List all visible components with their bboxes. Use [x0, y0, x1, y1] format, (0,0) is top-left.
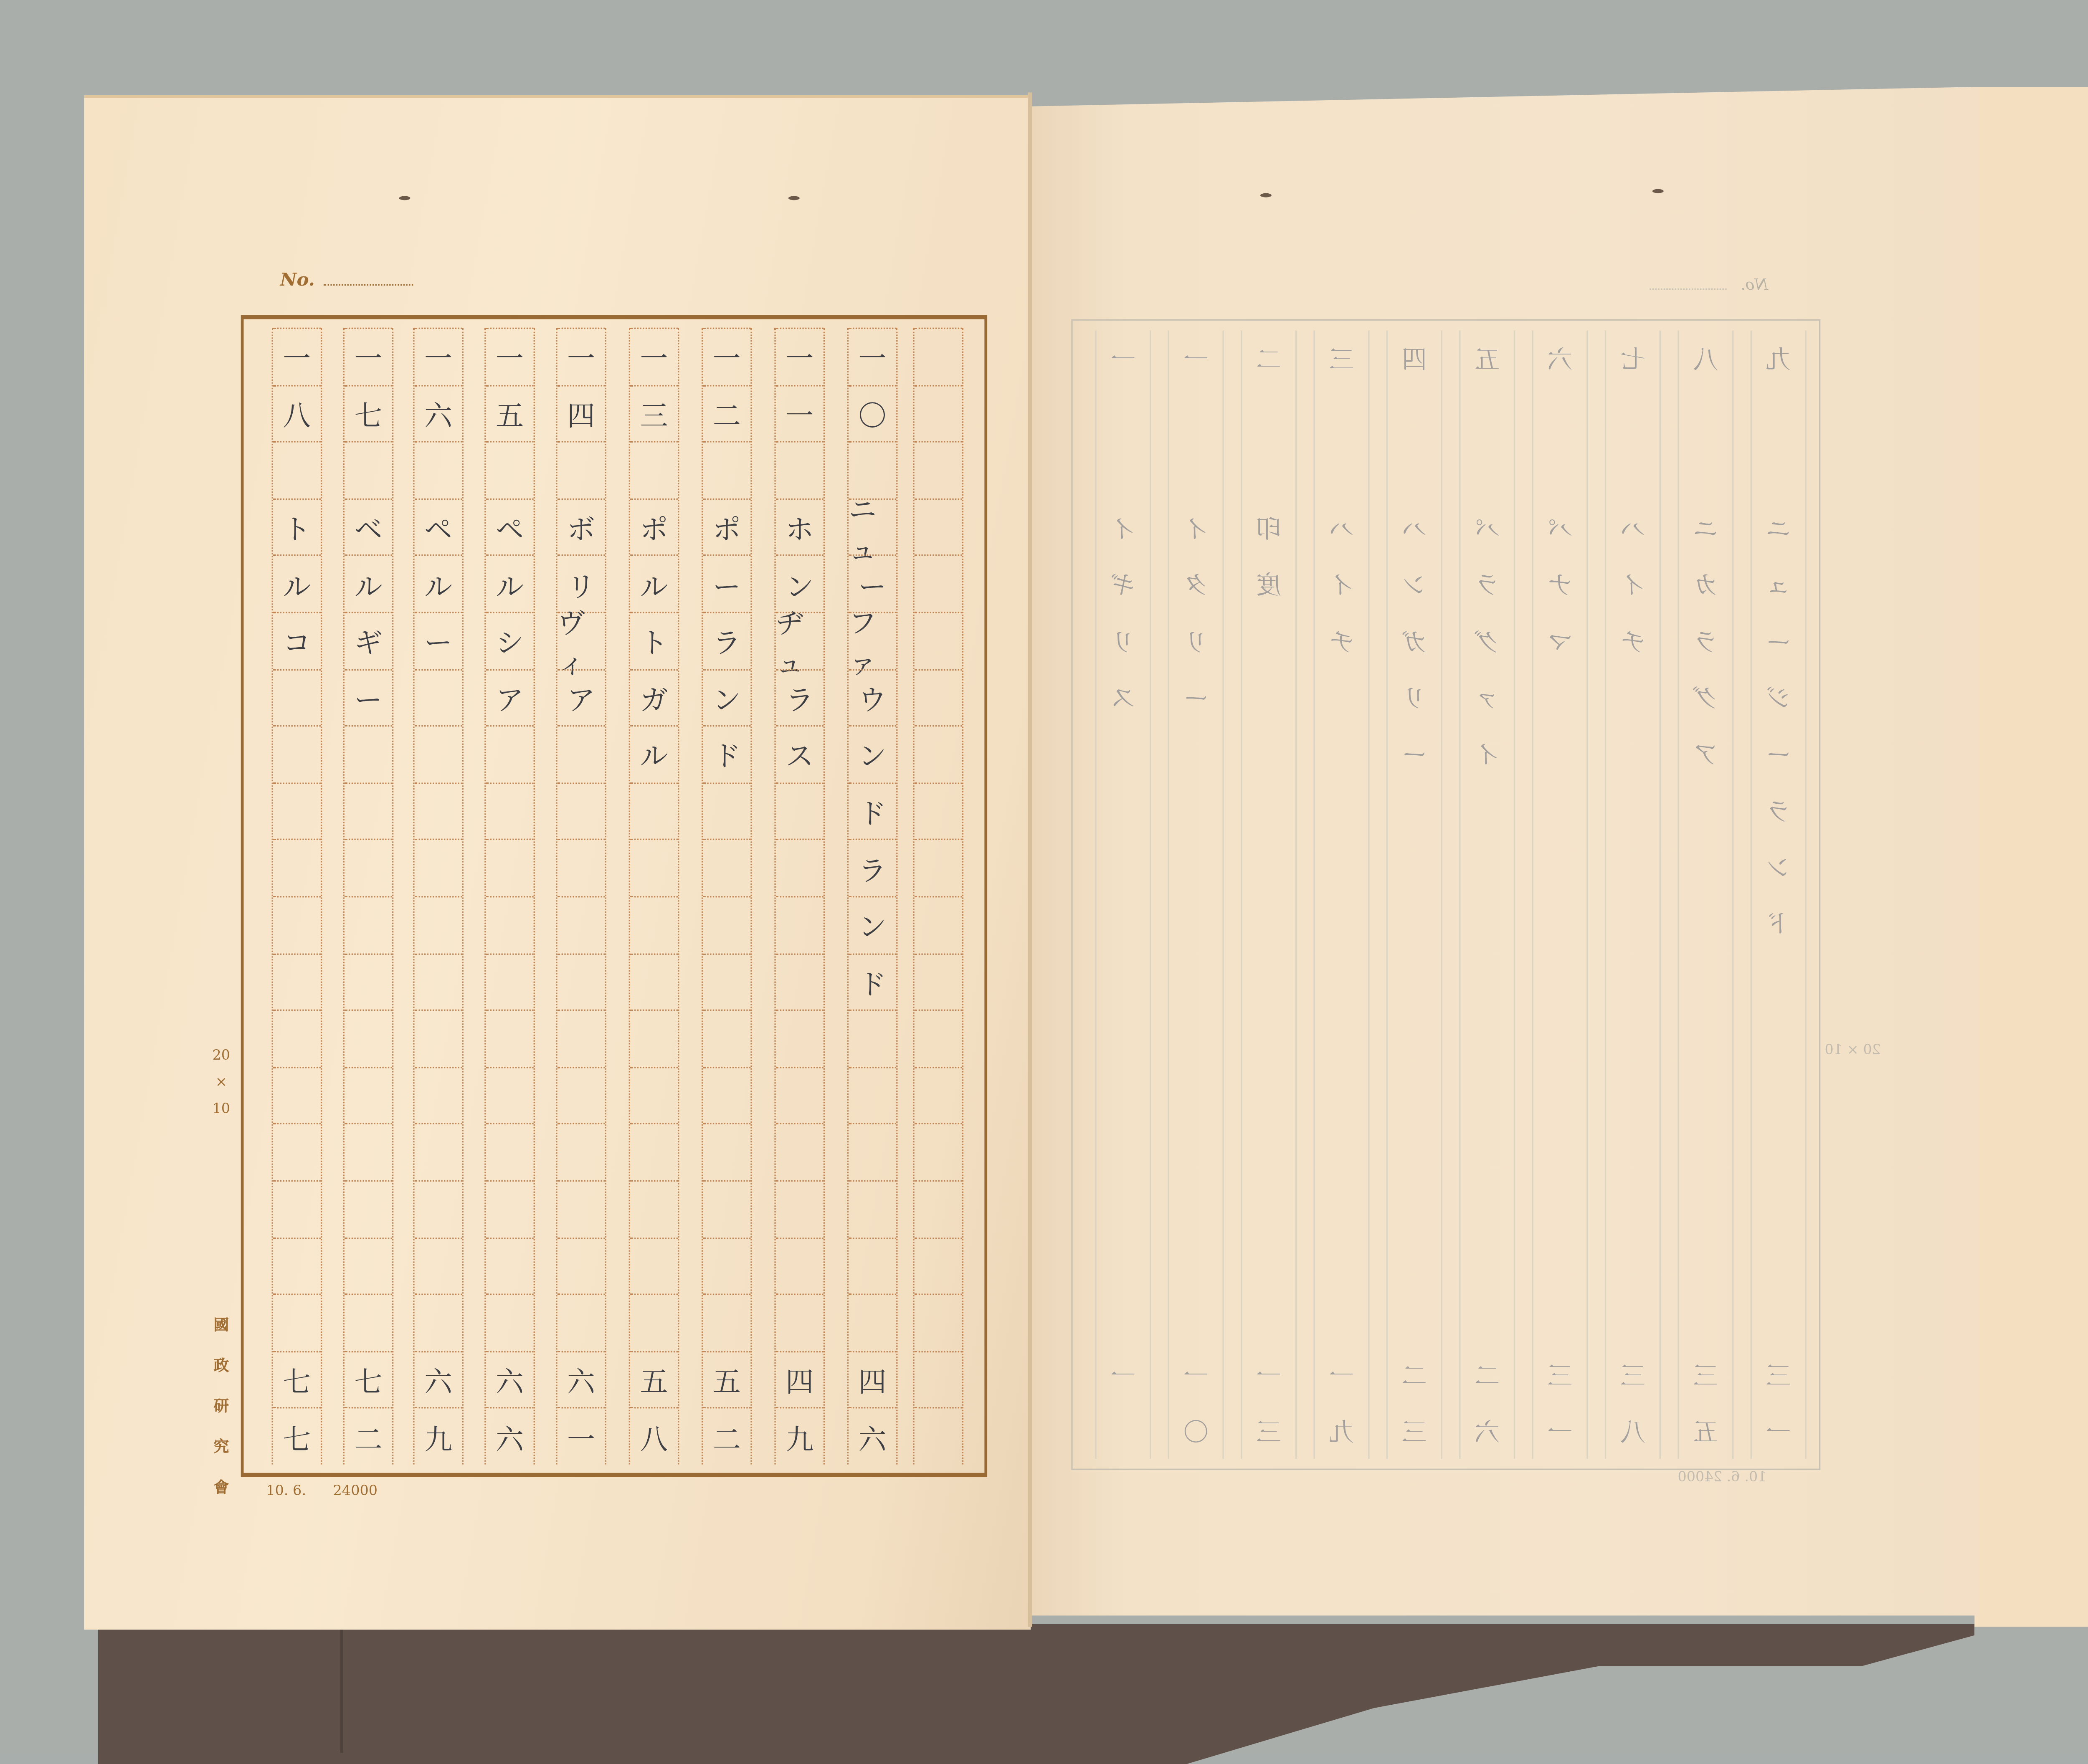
mirrored-cell: 一: [1097, 330, 1150, 387]
mirrored-cell: 一: [1242, 1346, 1295, 1402]
mirrored-cell: ー: [1752, 725, 1805, 782]
mirrored-cell: チ: [1315, 612, 1368, 669]
mirrored-cell: [1606, 1064, 1659, 1120]
mirrored-cell: [1242, 725, 1295, 782]
mirrored-cell: [1679, 1290, 1732, 1346]
grid-cell: [776, 441, 824, 498]
mirrored-cell: [1097, 387, 1150, 443]
grid-cell: [630, 839, 678, 896]
grid-cell: [415, 1067, 462, 1124]
grid-cell: [915, 896, 962, 953]
grid-cell: ト: [273, 498, 321, 555]
grid-cell: [630, 896, 678, 953]
grid-cell: [273, 1124, 321, 1180]
mirrored-cell: [1606, 782, 1659, 838]
mirrored-cell: [1606, 1177, 1659, 1233]
grid-cell: 一: [849, 328, 896, 385]
mirrored-cell: 三: [1533, 1346, 1586, 1402]
mirrored-number-label: No.: [1650, 276, 1767, 294]
mirrored-cell: [1679, 1007, 1732, 1064]
scan-stage: No. 20 × 10 國 政 研 究 會 10. 6. 24000 No. 2…: [0, 0, 2088, 1753]
mirrored-cell: [1606, 725, 1659, 782]
mirrored-cell: [1315, 1177, 1368, 1233]
mirrored-cell: [1169, 1290, 1222, 1346]
mirrored-cell: 印: [1242, 500, 1295, 556]
mirrored-cell: [1242, 1120, 1295, 1177]
grid-cell: ア: [486, 669, 534, 726]
mirrored-cell: [1242, 895, 1295, 951]
mirrored-cell: [1533, 782, 1586, 838]
grid-cell: 七: [345, 385, 392, 441]
mirrored-cell: [1097, 1120, 1150, 1177]
mirrored-cell: [1533, 838, 1586, 895]
mirrored-cell: [1752, 387, 1805, 443]
mirrored-cell: [1097, 1290, 1150, 1346]
mirrored-cell: [1097, 443, 1150, 500]
grid-cell: ベ: [345, 498, 392, 555]
mirrored-cell: ラ: [1679, 612, 1732, 669]
mirrored-cell: [1315, 443, 1368, 500]
grid-cell: 二: [703, 1407, 750, 1464]
mirrored-cell: [1388, 1120, 1441, 1177]
mirrored-cell: [1606, 895, 1659, 951]
grid-cell: [630, 1010, 678, 1066]
grid-cell: [557, 1180, 605, 1237]
mirrored-cell: [1460, 1007, 1513, 1064]
grid-cell: [776, 953, 824, 1010]
grid-cell: [630, 1067, 678, 1124]
back-page-edge: [1974, 87, 2088, 1627]
mirrored-cell: [1533, 1007, 1586, 1064]
grid-cell: [915, 1124, 962, 1180]
grid-cell: [703, 1124, 750, 1180]
mirrored-cell: [1752, 1290, 1805, 1346]
mirrored-cell: 四: [1388, 330, 1441, 387]
grid-cell: ル: [273, 555, 321, 612]
publisher-char: 政: [211, 1346, 231, 1386]
grid-cell: [703, 782, 750, 839]
mirrored-column: 三ハイチ一九: [1313, 330, 1369, 1459]
grid-cell: [415, 1010, 462, 1066]
mirrored-column: 六パナマ三一: [1532, 330, 1588, 1459]
grid-cell: ヂュ: [776, 612, 824, 668]
mirrored-cell: パ: [1460, 500, 1513, 556]
mirrored-cell: カ: [1679, 556, 1732, 612]
mirrored-cell: [1606, 1233, 1659, 1290]
mirrored-cell: [1679, 443, 1732, 500]
grid-cell: [486, 1124, 534, 1180]
mirrored-cell: リ: [1388, 669, 1441, 725]
grid-cell: [703, 1010, 750, 1066]
mirrored-cell: [1242, 951, 1295, 1007]
grid-cell: [915, 612, 962, 668]
mirrored-cell: ー: [1752, 612, 1805, 669]
mirrored-cell: 三: [1679, 1346, 1732, 1402]
mirrored-cell: ス: [1097, 669, 1150, 725]
grid-cell: [273, 1010, 321, 1066]
grid-cell: [345, 839, 392, 896]
grid-cell: [415, 1237, 462, 1294]
mirrored-cell: [1388, 1290, 1441, 1346]
mirrored-cell: [1388, 1233, 1441, 1290]
grid-cell: [557, 1294, 605, 1351]
mirrored-cell: [1315, 1120, 1368, 1177]
grid-cell: [557, 1010, 605, 1066]
mirrored-column: 九ニュージーランド三一: [1751, 330, 1807, 1459]
mirrored-cell: [1169, 725, 1222, 782]
grid-cell: ヴィ: [557, 612, 605, 668]
mirrored-cell: [1460, 838, 1513, 895]
grid-cell: 〇: [849, 385, 896, 441]
mirrored-cell: [1460, 1064, 1513, 1120]
mirrored-cell: [1315, 951, 1368, 1007]
grid-cell: [415, 726, 462, 782]
grid-cell: [630, 1237, 678, 1294]
mirrored-cell: [1315, 895, 1368, 951]
mirrored-cell: [1606, 951, 1659, 1007]
mirrored-cell: 度: [1242, 556, 1295, 612]
grid-cell: [703, 896, 750, 953]
grid-cell: [557, 782, 605, 839]
print-footer: 10. 6. 24000: [266, 1484, 378, 1499]
grid-cell: [345, 1237, 392, 1294]
grid-cell: ス: [776, 726, 824, 782]
grid-cell: ラ: [849, 839, 896, 896]
mirrored-cell: ニ: [1679, 500, 1732, 556]
publisher-char: 國: [211, 1305, 231, 1345]
shadow-seam: [340, 1624, 343, 1753]
mirrored-cell: 三: [1242, 1402, 1295, 1459]
grid-times: ×: [207, 1070, 235, 1096]
grid-cell: 九: [776, 1407, 824, 1464]
grid-cell: [415, 1294, 462, 1351]
grid-cell: 一: [557, 328, 605, 385]
grid-cell: [849, 1294, 896, 1351]
mirrored-cell: [1679, 782, 1732, 838]
grid-cell: ファ: [849, 612, 896, 668]
mirrored-cell: [1460, 1177, 1513, 1233]
mirrored-cell: [1169, 1177, 1222, 1233]
mirrored-cell: [1315, 782, 1368, 838]
mirrored-cell: [1169, 1007, 1222, 1064]
grid-cell: [630, 1294, 678, 1351]
mirrored-cell: [1679, 838, 1732, 895]
grid-cell: [345, 1010, 392, 1066]
grid-cell: [915, 328, 962, 385]
mirrored-cell: [1388, 951, 1441, 1007]
mirrored-cell: タ: [1169, 556, 1222, 612]
mirrored-cell: [1679, 1064, 1732, 1120]
mirrored-cell: ュ: [1752, 556, 1805, 612]
mirrored-cell: [1169, 782, 1222, 838]
grid-cell: [776, 839, 824, 896]
grid-cell: [557, 953, 605, 1010]
number-label: No.: [280, 270, 414, 291]
grid-cell: [273, 726, 321, 782]
mirrored-cell: [1460, 1120, 1513, 1177]
mirrored-cell: 八: [1606, 1402, 1659, 1459]
mirrored-cell: [1388, 782, 1441, 838]
grid-cell: [273, 1294, 321, 1351]
manuscript-column: 一五ペルシア六六: [484, 328, 535, 1465]
grid-cell: [273, 953, 321, 1010]
grid-cell: [273, 1180, 321, 1237]
grid-cell: 一: [345, 328, 392, 385]
grid-cell: [345, 953, 392, 1010]
mirrored-cell: [1752, 1064, 1805, 1120]
grid-cell: [776, 1180, 824, 1237]
grid-cell: [415, 669, 462, 726]
binding-hole: [1260, 193, 1272, 197]
mirrored-cell: [1679, 1233, 1732, 1290]
mirrored-cell: [1097, 951, 1150, 1007]
grid-cell: 二: [345, 1407, 392, 1464]
grid-cell: ボ: [557, 498, 605, 555]
mirrored-cell: リ: [1169, 612, 1222, 669]
mirrored-cell: [1242, 1177, 1295, 1233]
grid-cell: [345, 1067, 392, 1124]
grid-cell: ン: [849, 896, 896, 953]
mirrored-cell: [1388, 1064, 1441, 1120]
mirrored-cell: 六: [1460, 1402, 1513, 1459]
grid-cell: ポ: [630, 498, 678, 555]
grid-cell: [557, 726, 605, 782]
grid-cell: [915, 1407, 962, 1464]
mirrored-cell: [1388, 387, 1441, 443]
mirrored-cell: [1097, 1007, 1150, 1064]
mirrored-cell: [1752, 1120, 1805, 1177]
mirrored-column: 五パラグァイ二六: [1459, 330, 1515, 1459]
mirrored-cell: 八: [1679, 330, 1732, 387]
mirrored-cell: [1388, 1177, 1441, 1233]
grid-cell: [776, 1067, 824, 1124]
manuscript-column: 一一ホンヂュラス四九: [774, 328, 825, 1465]
mirrored-cell: [1679, 1120, 1732, 1177]
grid-cell: 七: [345, 1351, 392, 1407]
mirrored-cell: [1315, 669, 1368, 725]
mirrored-cell: [1169, 895, 1222, 951]
grid-cell: [486, 1010, 534, 1066]
mirrored-cell: [1533, 1120, 1586, 1177]
grid-cell: [630, 782, 678, 839]
mirrored-cell: [1533, 951, 1586, 1007]
mirrored-cell: [1606, 1290, 1659, 1346]
mirrored-cell: [1097, 895, 1150, 951]
grid-cell: 一: [273, 328, 321, 385]
grid-cell: [557, 839, 605, 896]
grid-cell: ガ: [630, 669, 678, 726]
grid-cell: ン: [703, 669, 750, 726]
grid-cell: [415, 896, 462, 953]
mirrored-footer: 10. 6. 24000: [1677, 1470, 1766, 1486]
grid-cell: 一: [776, 385, 824, 441]
grid-cell: [415, 782, 462, 839]
mirrored-cell: [1315, 725, 1368, 782]
number-label-text: No.: [280, 270, 315, 291]
mirrored-cell: [1679, 387, 1732, 443]
manuscript-column: 一三ポルトガル五八: [629, 328, 679, 1465]
mirrored-cell: 三: [1388, 1402, 1441, 1459]
mirrored-cell: [1533, 1233, 1586, 1290]
grid-cell: 一: [630, 328, 678, 385]
mirrored-cell: ア: [1679, 725, 1732, 782]
mirrored-cell: ガ: [1388, 612, 1441, 669]
grid-cell: [345, 1180, 392, 1237]
mirrored-cell: [1315, 387, 1368, 443]
mirrored-cell: 一: [1533, 1402, 1586, 1459]
grid-cell: [273, 1237, 321, 1294]
mirrored-cell: [1242, 782, 1295, 838]
mirrored-cell: 九: [1752, 330, 1805, 387]
mirrored-cell: [1606, 1007, 1659, 1064]
grid-cell: 四: [776, 1351, 824, 1407]
grid-cell: [273, 1067, 321, 1124]
grid-cell: ー: [703, 555, 750, 612]
mirrored-cell: パ: [1533, 500, 1586, 556]
grid-cell: ア: [557, 669, 605, 726]
mirrored-cell: ナ: [1533, 556, 1586, 612]
mirrored-cell: 五: [1460, 330, 1513, 387]
mirrored-cell: [1752, 1233, 1805, 1290]
mirrored-cell: 九: [1315, 1402, 1368, 1459]
mirrored-cell: [1242, 1290, 1295, 1346]
mirrored-cell: [1242, 443, 1295, 500]
mirrored-cell: グ: [1679, 669, 1732, 725]
mirrored-cell: [1606, 1120, 1659, 1177]
mirrored-cell: [1242, 669, 1295, 725]
mirrored-cell: [1533, 443, 1586, 500]
grid-rows: 20: [207, 1043, 235, 1070]
grid-cell: [486, 953, 534, 1010]
grid-cell: 六: [486, 1351, 534, 1407]
mirrored-cell: ラ: [1752, 782, 1805, 838]
grid-cell: [486, 1294, 534, 1351]
grid-cell: [557, 896, 605, 953]
grid-cell: [486, 1180, 534, 1237]
mirrored-grid-label: 20 × 10: [1824, 1043, 1881, 1058]
mirrored-cell: [1606, 443, 1659, 500]
mirrored-cell: [1097, 1177, 1150, 1233]
grid-cell: [915, 1010, 962, 1066]
mirrored-cell: [1460, 387, 1513, 443]
mirrored-cell: 一: [1169, 330, 1222, 387]
mirrored-cell: 一: [1169, 1346, 1222, 1402]
grid-cell: [849, 1067, 896, 1124]
grid-cell: [557, 441, 605, 498]
mirrored-cell: 一: [1752, 1402, 1805, 1459]
mirrored-cell: ー: [1388, 725, 1441, 782]
mirrored-cell: 五: [1679, 1402, 1732, 1459]
grid-cell: 七: [273, 1407, 321, 1464]
mirrored-column: 八ニカラグア三五: [1677, 330, 1733, 1459]
manuscript-column: 一四ボリヴィア六一: [556, 328, 606, 1465]
grid-cell: 一: [703, 328, 750, 385]
mirrored-cell: イ: [1606, 556, 1659, 612]
mirrored-cell: 三: [1315, 330, 1368, 387]
grid-cell: [915, 953, 962, 1010]
mirrored-cell: [1460, 443, 1513, 500]
grid-cell: ラ: [776, 669, 824, 726]
grid-cell: 五: [486, 385, 534, 441]
grid-cell: [703, 441, 750, 498]
mirrored-cell: [1315, 838, 1368, 895]
mirrored-cell: ニ: [1752, 500, 1805, 556]
mirrored-cell: [1606, 387, 1659, 443]
mirrored-cell: ァ: [1460, 669, 1513, 725]
mirrored-cell: [1315, 1064, 1368, 1120]
grid-cell: 四: [849, 1351, 896, 1407]
mirrored-cell: ジ: [1752, 669, 1805, 725]
grid-cell: [915, 1351, 962, 1407]
grid-cell: ト: [630, 612, 678, 668]
grid-cell: 二: [703, 385, 750, 441]
grid-cell: [776, 1124, 824, 1180]
mirrored-cell: [1097, 838, 1150, 895]
grid-cell: [703, 1067, 750, 1124]
grid-cell: [776, 782, 824, 839]
publisher-char: 究: [211, 1427, 231, 1467]
mirrored-cell: [1752, 951, 1805, 1007]
mirrored-cell: [1533, 1064, 1586, 1120]
grid-cell: ル: [415, 555, 462, 612]
mirrored-cell: [1460, 1233, 1513, 1290]
mirrored-cell: グ: [1460, 612, 1513, 669]
grid-cell: 六: [486, 1407, 534, 1464]
mirrored-cell: ド: [1752, 895, 1805, 951]
mirrored-cell: [1533, 1290, 1586, 1346]
mirrored-cell: [1533, 387, 1586, 443]
grid-cell: [415, 839, 462, 896]
grid-cell: 五: [703, 1351, 750, 1407]
manuscript-column: [913, 328, 963, 1465]
grid-cell: ド: [703, 726, 750, 782]
grid-cell: [486, 896, 534, 953]
grid-cell: [703, 1180, 750, 1237]
mirrored-cell: [1169, 951, 1222, 1007]
mirrored-cell: [1242, 1233, 1295, 1290]
mirrored-cell: [1460, 1290, 1513, 1346]
grid-cell: 六: [415, 1351, 462, 1407]
grid-cell: [776, 1237, 824, 1294]
grid-cell: ン: [849, 726, 896, 782]
grid-cell: ペ: [415, 498, 462, 555]
grid-cell: 七: [273, 1351, 321, 1407]
manuscript-column: 一八トルコ七七: [272, 328, 322, 1465]
grid-cell: コ: [273, 612, 321, 668]
mirrored-number-blank: [1650, 289, 1726, 290]
grid-cell: シ: [486, 612, 534, 668]
grid-cell: [630, 1124, 678, 1180]
grid-cell: 六: [557, 1351, 605, 1407]
grid-cell: 八: [273, 385, 321, 441]
mirrored-cell: 二: [1460, 1346, 1513, 1402]
grid-cell: ラ: [703, 612, 750, 668]
mirrored-cell: リ: [1097, 612, 1150, 669]
mirrored-cell: [1242, 838, 1295, 895]
grid-cell: [630, 441, 678, 498]
grid-cell: [345, 441, 392, 498]
grid-cell: [486, 1237, 534, 1294]
mirrored-cell: [1606, 838, 1659, 895]
grid-cell: ウ: [849, 669, 896, 726]
mirrored-cell: [1679, 895, 1732, 951]
grid-cell: 一: [776, 328, 824, 385]
book-gutter: [1028, 92, 1032, 1627]
grid-cell: [776, 896, 824, 953]
grid-size-label: 20 × 10: [207, 1043, 235, 1123]
mirrored-cell: [1097, 1233, 1150, 1290]
mirrored-cell: 三: [1606, 1346, 1659, 1402]
